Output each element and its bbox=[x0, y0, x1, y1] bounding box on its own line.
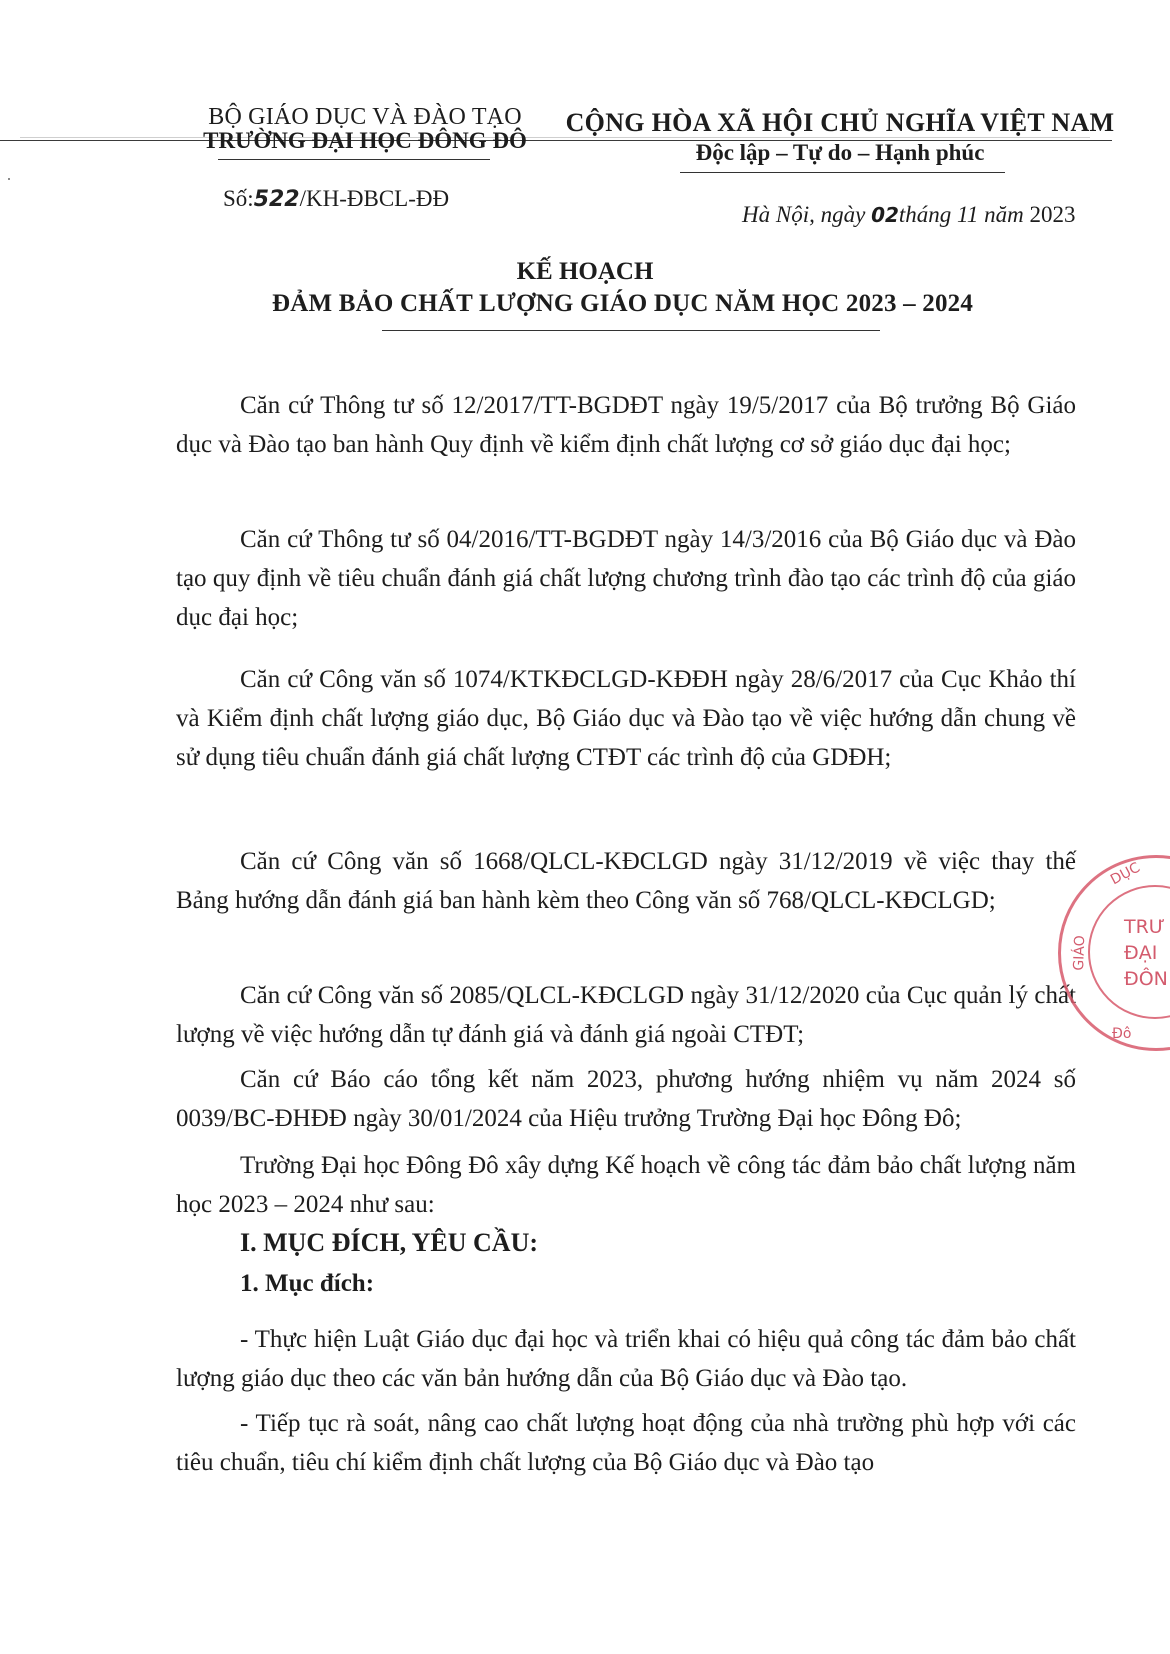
national-motto: Độc lập – Tự do – Hạnh phúc bbox=[560, 140, 1120, 166]
date-prefix: Hà Nội, ngày bbox=[742, 202, 871, 227]
doc-number-prefix: Số: bbox=[223, 186, 254, 211]
purpose-item: - Thực hiện Luật Giáo dục đại học và tri… bbox=[176, 1320, 1076, 1398]
subsection-heading: 1. Mục đích: bbox=[240, 1270, 374, 1298]
school-name: TRƯỜNG ĐẠI HỌC ĐÔNG ĐÔ bbox=[190, 128, 540, 154]
issue-date: Hà Nội, ngày 02tháng 11 năm 2023 bbox=[742, 202, 1075, 228]
date-middle: tháng 11 năm bbox=[899, 202, 1030, 227]
document-number: Số:522/KH-ĐBCL-ĐĐ bbox=[223, 186, 449, 212]
section-heading: I. MỤC ĐÍCH, YÊU CẦU: bbox=[240, 1228, 538, 1258]
date-day-handwritten: 02 bbox=[871, 203, 899, 227]
seal-text: ĐÔN bbox=[1124, 968, 1168, 990]
legal-basis-paragraph: Căn cứ Công văn số 2085/QLCL-KĐCLGD ngày… bbox=[176, 976, 1076, 1054]
doc-number-handwritten: 522 bbox=[254, 187, 300, 212]
intro-paragraph: Trường Đại học Đông Đô xây dựng Kế hoạch… bbox=[176, 1146, 1076, 1224]
national-title: CỘNG HÒA XÃ HỘI CHỦ NGHĨA VIỆT NAM bbox=[560, 108, 1120, 138]
seal-text: TRƯ bbox=[1124, 916, 1165, 938]
seal-text: Đô bbox=[1112, 1026, 1131, 1042]
date-year: 2023 bbox=[1029, 202, 1075, 227]
doc-number-suffix: /KH-ĐBCL-ĐĐ bbox=[300, 186, 450, 211]
document-title: KẾ HOẠCH bbox=[0, 258, 1170, 286]
seal-text: ĐẠI bbox=[1124, 942, 1157, 964]
legal-basis-paragraph: Căn cứ Thông tư số 04/2016/TT-BGDĐT ngày… bbox=[176, 520, 1076, 637]
legal-basis-paragraph: Căn cứ Thông tư số 12/2017/TT-BGDĐT ngày… bbox=[176, 386, 1076, 464]
purpose-item: - Tiếp tục rà soát, nâng cao chất lượng … bbox=[176, 1404, 1076, 1482]
seal-text: GIÁO bbox=[1071, 935, 1088, 971]
document-subtitle: ĐẢM BẢO CHẤT LƯỢNG GIÁO DỤC NĂM HỌC 2023… bbox=[272, 290, 973, 318]
ministry-name: BỘ GIÁO DỤC VÀ ĐÀO TẠO bbox=[190, 104, 540, 131]
legal-basis-paragraph: Căn cứ Báo cáo tổng kết năm 2023, phương… bbox=[176, 1060, 1076, 1138]
legal-basis-paragraph: Căn cứ Công văn số 1074/KTKĐCLGD-KĐĐH ng… bbox=[176, 660, 1076, 777]
title-underline bbox=[382, 330, 880, 331]
school-underline bbox=[218, 159, 490, 160]
motto-underline bbox=[680, 172, 1005, 173]
legal-basis-paragraph: Căn cứ Công văn số 1668/QLCL-KĐCLGD ngày… bbox=[176, 842, 1076, 920]
scan-speck bbox=[8, 178, 10, 180]
